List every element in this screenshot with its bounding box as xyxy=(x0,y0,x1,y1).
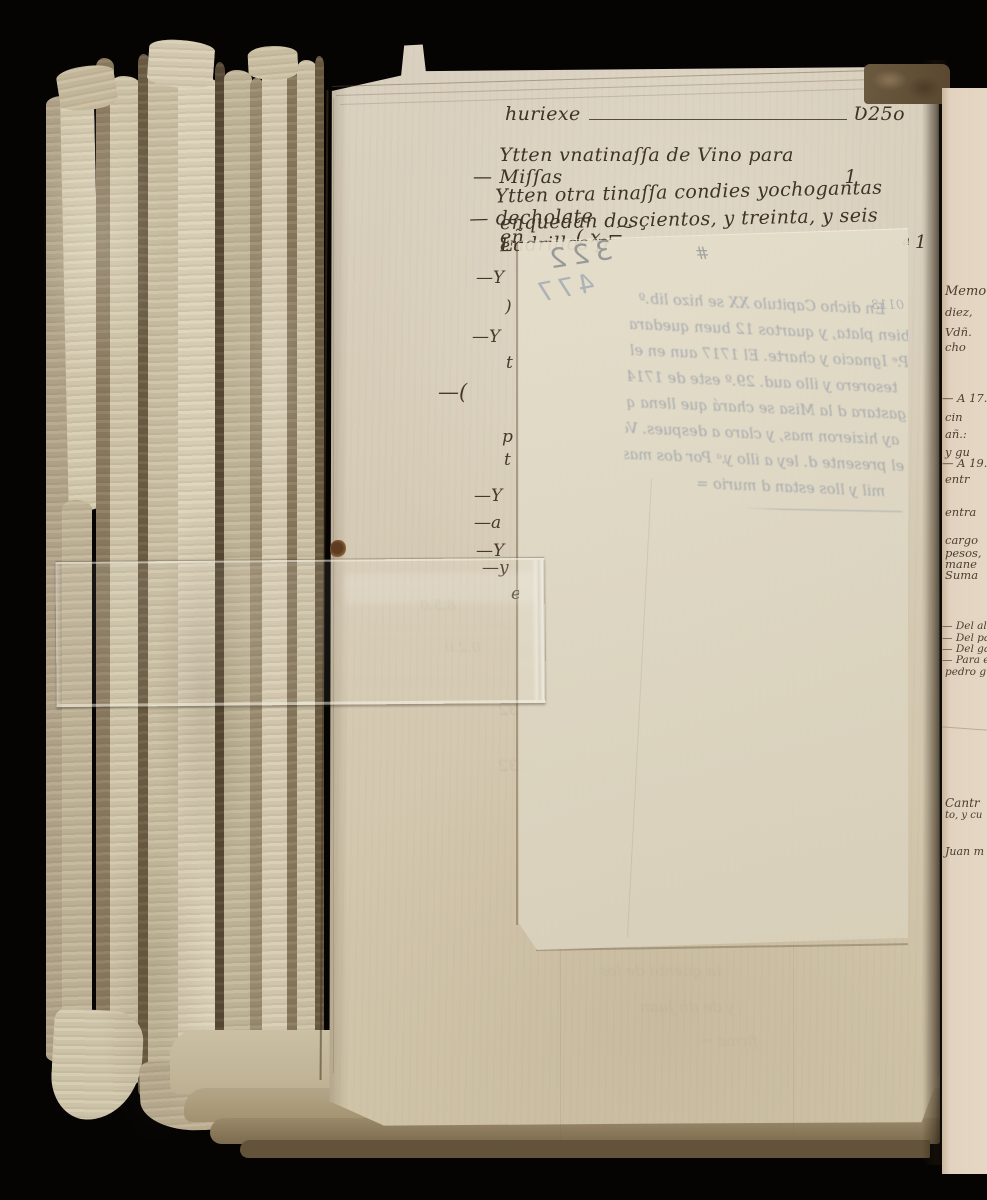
torn-paper-tab xyxy=(146,38,215,90)
entry-amount: Ʋ25o xyxy=(853,103,905,125)
facing-page-text: entra xyxy=(945,505,976,519)
entry-fragment: —a xyxy=(474,513,501,533)
entry-fragment: —Y xyxy=(472,327,500,347)
facing-page-text: cargo xyxy=(945,533,978,547)
facing-page-text: Vdñ. xyxy=(945,325,972,339)
facing-page-text: — Para el xyxy=(942,654,987,666)
facing-page-text: Juan m xyxy=(945,845,984,858)
facing-page-text: Memor xyxy=(945,284,987,299)
entry-fragment: —Y xyxy=(474,486,502,506)
manuscript-photo: huriexe Ʋ25o — Ytten vnatinaſſa de Vino … xyxy=(0,0,987,1200)
entry-fragment: t xyxy=(504,450,511,470)
ghost-text: y de dn̄ Juan xyxy=(640,998,735,1016)
entry-fragment: t xyxy=(506,353,513,373)
entry-fragment: ) xyxy=(505,297,512,317)
ghost-text: la qúenta de los xyxy=(600,962,721,980)
entry-fragment: eⁿ xyxy=(500,236,517,256)
glass-left-edge xyxy=(55,564,61,704)
page-fold-crease xyxy=(560,930,561,1140)
mirrored-blue-note: En dicho Capitulo XX se hizo lib.º bien … xyxy=(622,286,911,515)
translucent-slip: 322 477 # 0113 En dicho Capitulo XX se h… xyxy=(519,228,908,950)
hash-mark: # xyxy=(695,244,709,264)
facing-page-text: añ.: xyxy=(945,427,967,441)
facing-page-text: Cantr xyxy=(945,796,980,810)
entry-fragment: —( xyxy=(438,380,467,404)
facing-page-text: pedro g xyxy=(945,666,986,678)
facing-page-text: cin xyxy=(945,410,963,424)
entry-rule xyxy=(589,119,848,120)
torn-paper-tab xyxy=(247,45,299,82)
ghost-text: firma ⌐ xyxy=(700,1032,758,1050)
facing-page-text: — Del al xyxy=(942,620,987,632)
facing-page-fold xyxy=(942,726,987,730)
entry-fragment: —Y xyxy=(476,268,504,288)
facing-page-text: to, y cu xyxy=(945,810,982,821)
paper-curl xyxy=(49,1008,145,1123)
blue-folio-number: 477 xyxy=(531,268,597,309)
entry-fragment: p xyxy=(502,427,513,447)
entry-text: huriexe xyxy=(505,103,581,125)
facing-page-text: Suma xyxy=(945,568,978,582)
facing-page-text: — A 19. xyxy=(942,456,987,470)
entry-dash: — xyxy=(469,208,489,230)
facing-page-text: — A 17. xyxy=(942,391,987,405)
facing-page-sliver: Memor diez, Vdñ. cho — A 17. cin añ.: y … xyxy=(942,88,987,1174)
facing-page-text: cho xyxy=(945,340,966,354)
ledger-line: huriexe Ʋ25o xyxy=(505,103,905,125)
headband xyxy=(864,64,950,104)
note-underline-flourish xyxy=(664,507,902,513)
facing-page-text: entr xyxy=(945,472,969,486)
facing-page-text: diez, xyxy=(945,305,973,319)
slip-mirrored-content: 322 477 # 0113 En dicho Capitulo XX se h… xyxy=(519,228,908,950)
glass-plate-weight xyxy=(55,558,545,707)
under-page xyxy=(240,1140,930,1158)
glass-reflection xyxy=(344,572,534,604)
